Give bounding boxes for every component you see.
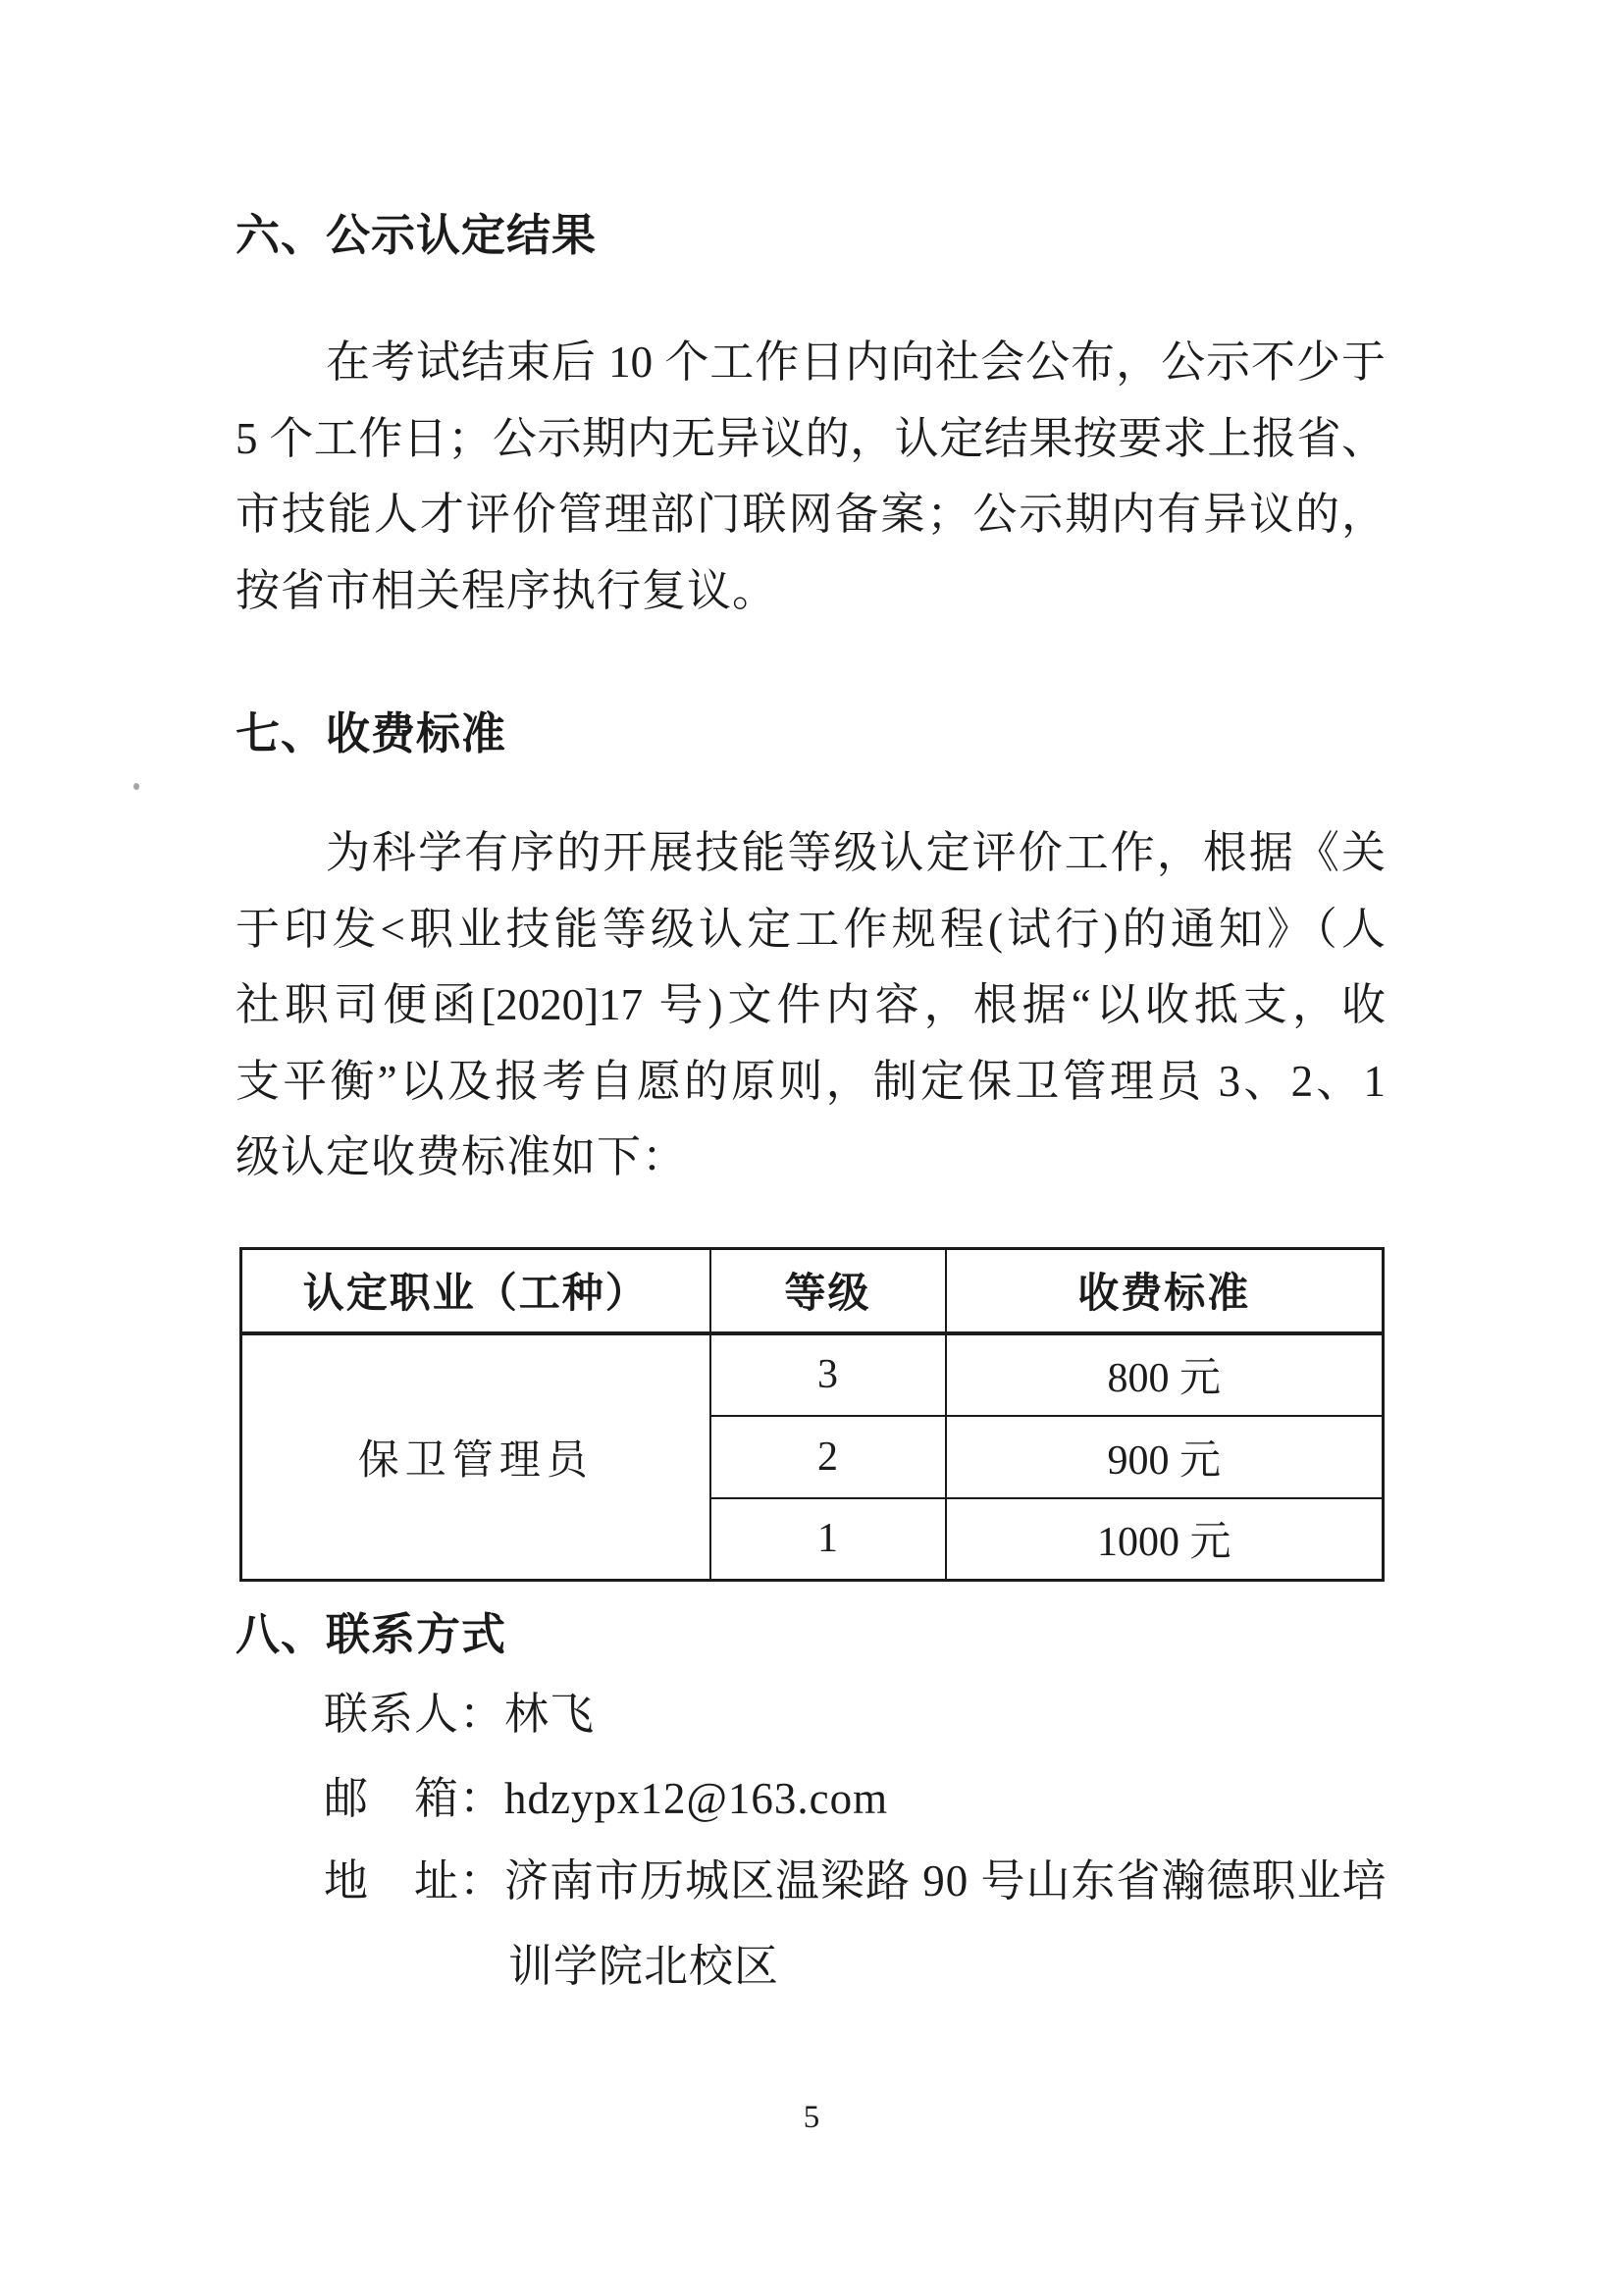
paragraph-line: 社职司便函[2020]17 号)文件内容，根据“以收抵支，收 xyxy=(236,967,1386,1044)
header-fee: 收费标准 xyxy=(946,1249,1384,1333)
header-level: 等级 xyxy=(710,1249,946,1333)
contact-person-line: 联系人：林飞 xyxy=(324,1690,595,1739)
level-cell: 1 xyxy=(710,1498,946,1581)
fee-table-row: 保卫管理员 3 800 元 xyxy=(241,1333,1384,1416)
paragraph-line: 支平衡”以及报考自愿的原则，制定保卫管理员 3、2、1 xyxy=(236,1044,1386,1121)
section-seven-heading: 七、收费标准 xyxy=(236,708,506,759)
contact-email-line: 邮 箱：hdzypx12@163.com xyxy=(324,1774,888,1823)
document-page: { "document": { "page_number": "5", "sec… xyxy=(0,0,1623,2296)
paragraph-line: 按省市相关程序执行复议。 xyxy=(236,553,1386,630)
section-six-paragraph: 在考试结束后 10 个工作日内向社会公布，公示不少于 5 个工作日；公示期内无异… xyxy=(236,325,1386,629)
fee-table-header-row: 认定职业（工种） 等级 收费标准 xyxy=(241,1249,1384,1333)
paragraph-line: 在考试结束后 10 个工作日内向社会公布，公示不少于 xyxy=(236,325,1386,401)
section-eight-heading: 八、联系方式 xyxy=(236,1609,506,1660)
contact-address-continuation: 训学院北校区 xyxy=(508,1942,779,1991)
fee-table: 认定职业（工种） 等级 收费标准 保卫管理员 3 800 元 2 900 元 1… xyxy=(239,1247,1385,1582)
section-six-heading: 六、公示认定结果 xyxy=(236,210,597,261)
paragraph-line: 为科学有序的开展技能等级认定评价工作，根据《关 xyxy=(236,815,1386,892)
paragraph-line: 5 个工作日；公示期内无异议的，认定结果按要求上报省、 xyxy=(236,401,1386,478)
page-number: 5 xyxy=(0,2100,1623,2135)
section-seven-paragraph: 为科学有序的开展技能等级认定评价工作，根据《关 于印发<职业技能等级认定工作规程… xyxy=(236,815,1386,1196)
contact-address-line: 地 址：济南市历城区温梁路 90 号山东省瀚德职业培 xyxy=(324,1856,1387,1905)
fee-cell: 800 元 xyxy=(946,1333,1384,1416)
paragraph-line: 级认定收费标准如下： xyxy=(236,1120,1386,1196)
paragraph-line: 市技能人才评价管理部门联网备案；公示期内有异议的， xyxy=(236,477,1386,553)
paragraph-line: 于印发<职业技能等级认定工作规程(试行)的通知》（人 xyxy=(236,892,1386,968)
scan-artifact-dot xyxy=(133,783,139,790)
fee-cell: 1000 元 xyxy=(946,1498,1384,1581)
level-cell: 3 xyxy=(710,1333,946,1416)
header-occupation: 认定职业（工种） xyxy=(241,1249,710,1333)
occupation-cell: 保卫管理员 xyxy=(241,1333,710,1581)
fee-table-container: 认定职业（工种） 等级 收费标准 保卫管理员 3 800 元 2 900 元 1… xyxy=(239,1247,1385,1582)
level-cell: 2 xyxy=(710,1416,946,1498)
fee-cell: 900 元 xyxy=(946,1416,1384,1498)
